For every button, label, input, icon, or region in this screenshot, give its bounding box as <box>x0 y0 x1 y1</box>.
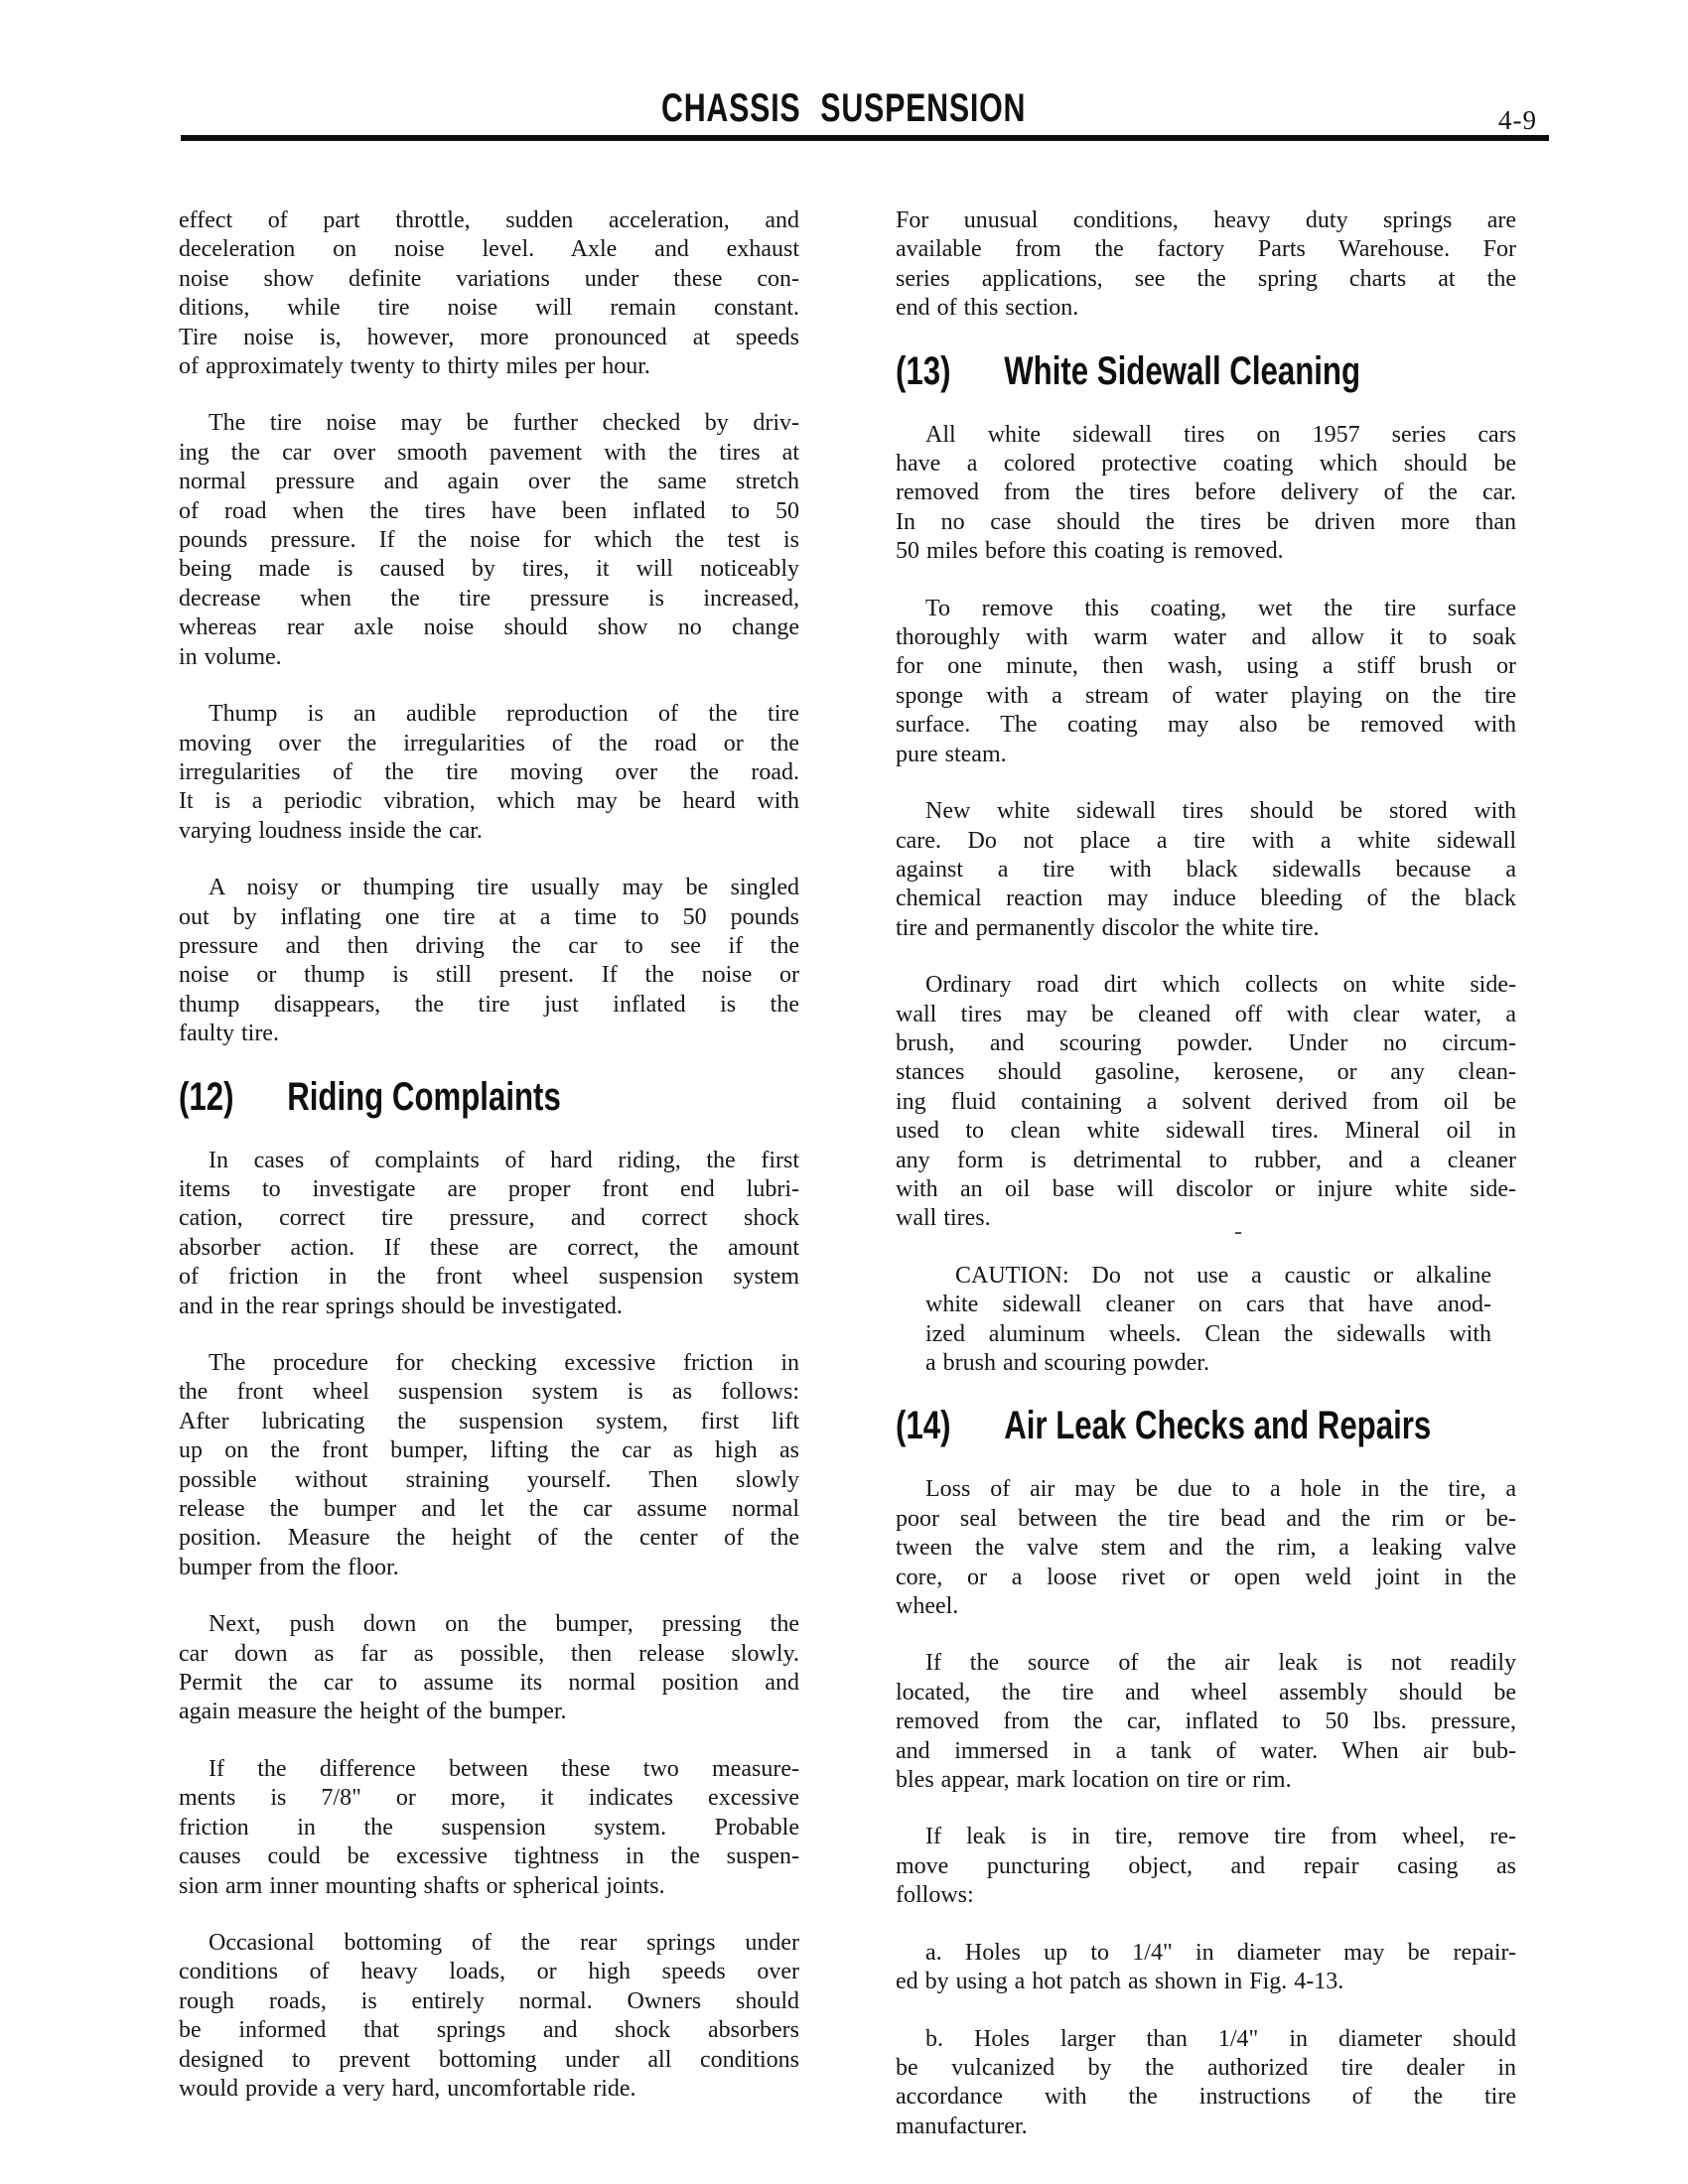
column-right: For unusual conditions, heavy duty sprin… <box>896 206 1516 2141</box>
text-line: ized aluminum wheels. Clean the sidewall… <box>925 1320 1491 1349</box>
text-line: a. Holes up to 1/4" in diameter may be r… <box>896 1939 1516 1968</box>
text-line: manufacturer. <box>896 2113 1516 2141</box>
section-heading: (14)Air Leak Checks and Repairs <box>896 1404 1516 1447</box>
paragraph: All white sidewall tires on 1957 series … <box>896 421 1516 567</box>
text-line: The tire noise may be further checked by… <box>179 409 799 438</box>
text-columns: effect of part throttle, sudden accelera… <box>179 206 1516 2141</box>
paragraph: Loss of air may be due to a hole in the … <box>896 1475 1516 1621</box>
text-line: chemical reaction may induce bleeding of… <box>896 885 1516 913</box>
text-line: After lubricating the suspension system,… <box>179 1408 799 1436</box>
text-line: effect of part throttle, sudden accelera… <box>179 206 799 235</box>
page-number: 4-9 <box>1498 105 1537 136</box>
text-line: noise or thump is still present. If the … <box>179 961 799 990</box>
text-line: If leak is in tire, remove tire from whe… <box>896 1823 1516 1851</box>
stray-dash-mark: - <box>1234 1227 1242 1237</box>
text-line: available from the factory Parts Warehou… <box>896 235 1516 264</box>
paragraph: For unusual conditions, heavy duty sprin… <box>896 206 1516 324</box>
section-number: (13) <box>896 349 1004 393</box>
text-line: in volume. <box>179 643 799 672</box>
text-line: thoroughly with warm water and allow it … <box>896 623 1516 652</box>
text-line: of road when the tires have been inflate… <box>179 497 799 526</box>
text-line: ments is 7/8" or more, it indicates exce… <box>179 1784 799 1813</box>
page-title: CHASSIS SUSPENSION <box>0 85 1688 131</box>
text-line: CAUTION: Do not use a caustic or alkalin… <box>925 1262 1491 1291</box>
text-line: wall tires may be cleaned off with clear… <box>896 1001 1516 1029</box>
text-line: pressure and then driving the car to see… <box>179 932 799 961</box>
text-line: be informed that springs and shock absor… <box>179 2016 799 2045</box>
text-line: accordance with the instructions of the … <box>896 2083 1516 2112</box>
text-line: pure steam. <box>896 741 1516 769</box>
text-line: car down as far as possible, then releas… <box>179 1640 799 1669</box>
text-line: friction in the suspension system. Proba… <box>179 1814 799 1843</box>
text-line: If the source of the air leak is not rea… <box>896 1649 1516 1678</box>
text-line: stances should gasoline, kerosene, or an… <box>896 1058 1516 1087</box>
text-line: ing fluid containing a solvent derived f… <box>896 1088 1516 1117</box>
text-line: ditions, while tire noise will remain co… <box>179 294 799 323</box>
text-line: Permit the car to assume its normal posi… <box>179 1669 799 1698</box>
text-line: rough roads, is entirely normal. Owners … <box>179 1987 799 2016</box>
text-line: items to investigate are proper front en… <box>179 1175 799 1204</box>
caution-paragraph: CAUTION: Do not use a caustic or alkalin… <box>925 1262 1491 1379</box>
text-line: and immersed in a tank of water. When ai… <box>896 1737 1516 1766</box>
text-line: with an oil base will discolor or injure… <box>896 1175 1516 1204</box>
text-line: If the difference between these two meas… <box>179 1755 799 1784</box>
text-line: sponge with a stream of water playing on… <box>896 682 1516 711</box>
section-heading: (12)Riding Complaints <box>179 1075 799 1119</box>
paragraph: If leak is in tire, remove tire from whe… <box>896 1823 1516 1910</box>
text-line: The procedure for checking excessive fri… <box>179 1349 799 1378</box>
text-line: a brush and scouring powder. <box>925 1349 1491 1378</box>
text-line: against a tire with black sidewalls beca… <box>896 856 1516 885</box>
text-line: absorber action. If these are correct, t… <box>179 1234 799 1263</box>
text-line: Thump is an audible reproduction of the … <box>179 700 799 729</box>
text-line: would provide a very hard, uncomfortable… <box>179 2075 799 2104</box>
section-number: (12) <box>179 1075 287 1119</box>
text-line: A noisy or thumping tire usually may be … <box>179 874 799 902</box>
paragraph: The tire noise may be further checked by… <box>179 409 799 672</box>
text-line: tween the valve stem and the rim, a leak… <box>896 1534 1516 1563</box>
section-title: White Sidewall Cleaning <box>1004 349 1360 393</box>
text-line: being made is caused by tires, it will n… <box>179 555 799 584</box>
column-left: effect of part throttle, sudden accelera… <box>179 206 799 2141</box>
text-line: brush, and scouring powder. Under no cir… <box>896 1029 1516 1058</box>
text-line: out by inflating one tire at a time to 5… <box>179 903 799 932</box>
text-line: be vulcanized by the authorized tire dea… <box>896 2054 1516 2083</box>
text-line: of friction in the front wheel suspensio… <box>179 1263 799 1292</box>
text-line: cation, correct tire pressure, and corre… <box>179 1204 799 1233</box>
text-line: To remove this coating, wet the tire sur… <box>896 595 1516 623</box>
paragraph: effect of part throttle, sudden accelera… <box>179 206 799 381</box>
paragraph: Occasional bottoming of the rear springs… <box>179 1929 799 2104</box>
text-line: surface. The coating may also be removed… <box>896 711 1516 740</box>
text-line: ing the car over smooth pavement with th… <box>179 439 799 468</box>
text-line: whereas rear axle noise should show no c… <box>179 614 799 642</box>
paragraph: If the source of the air leak is not rea… <box>896 1649 1516 1795</box>
section-title: Riding Complaints <box>287 1075 561 1119</box>
paragraph: A noisy or thumping tire usually may be … <box>179 874 799 1048</box>
paragraph: Ordinary road dirt which collects on whi… <box>896 971 1516 1234</box>
text-line: Ordinary road dirt which collects on whi… <box>896 971 1516 1000</box>
paragraph: If the difference between these two meas… <box>179 1755 799 1901</box>
text-line: thump disappears, the tire just inflated… <box>179 991 799 1020</box>
text-line: series applications, see the spring char… <box>896 265 1516 294</box>
text-line: tire and permanently discolor the white … <box>896 914 1516 943</box>
text-line: designed to prevent bottoming under all … <box>179 2046 799 2075</box>
text-line: wheel. <box>896 1592 1516 1621</box>
text-line: It is a periodic vibration, which may be… <box>179 787 799 816</box>
text-line: decrease when the tire pressure is incre… <box>179 585 799 614</box>
paragraph: Thump is an audible reproduction of the … <box>179 700 799 846</box>
text-line: move puncturing object, and repair casin… <box>896 1852 1516 1881</box>
text-line: have a colored protective coating which … <box>896 450 1516 478</box>
section-heading: (13)White Sidewall Cleaning <box>896 349 1516 393</box>
text-line: In cases of complaints of hard riding, t… <box>179 1147 799 1175</box>
paragraph: In cases of complaints of hard riding, t… <box>179 1147 799 1321</box>
text-line: follows: <box>896 1881 1516 1910</box>
paragraph: a. Holes up to 1/4" in diameter may be r… <box>896 1939 1516 1997</box>
text-line: position. Measure the height of the cent… <box>179 1524 799 1553</box>
text-line: removed from the tires before delivery o… <box>896 478 1516 507</box>
text-line: varying loudness inside the car. <box>179 817 799 846</box>
text-line: bles appear, mark location on tire or ri… <box>896 1766 1516 1795</box>
text-line: normal pressure and again over the same … <box>179 468 799 496</box>
text-line: care. Do not place a tire with a white s… <box>896 827 1516 856</box>
text-line: irregularities of the tire moving over t… <box>179 758 799 787</box>
text-line: For unusual conditions, heavy duty sprin… <box>896 206 1516 235</box>
text-line: core, or a loose rivet or open weld join… <box>896 1564 1516 1592</box>
text-line: located, the tire and wheel assembly sho… <box>896 1679 1516 1707</box>
paragraph: b. Holes larger than 1/4" in diameter sh… <box>896 2025 1516 2142</box>
section-number: (14) <box>896 1404 1004 1447</box>
manual-page: CHASSIS SUSPENSION 4-9 effect of part th… <box>0 0 1688 2184</box>
text-line: New white sidewall tires should be store… <box>896 797 1516 826</box>
text-line: conditions of heavy loads, or high speed… <box>179 1958 799 1986</box>
text-line: poor seal between the tire bead and the … <box>896 1505 1516 1534</box>
text-line: Occasional bottoming of the rear springs… <box>179 1929 799 1958</box>
text-line: 50 miles before this coating is removed. <box>896 537 1516 566</box>
text-line: ed by using a hot patch as shown in Fig.… <box>896 1968 1516 1996</box>
text-line: wall tires. <box>896 1204 1516 1233</box>
text-line: causes could be excessive tightness in t… <box>179 1843 799 1871</box>
text-line: Loss of air may be due to a hole in the … <box>896 1475 1516 1504</box>
text-line: end of this section. <box>896 294 1516 323</box>
header-rule <box>181 135 1549 141</box>
text-line: again measure the height of the bumper. <box>179 1698 799 1726</box>
text-line: In no case should the tires be driven mo… <box>896 508 1516 537</box>
paragraph: To remove this coating, wet the tire sur… <box>896 595 1516 769</box>
text-line: release the bumper and let the car assum… <box>179 1495 799 1524</box>
text-line: Next, push down on the bumper, pressing … <box>179 1610 799 1639</box>
paragraph: The procedure for checking excessive fri… <box>179 1349 799 1582</box>
text-line: of approximately twenty to thirty miles … <box>179 352 799 381</box>
text-line: pounds pressure. If the noise for which … <box>179 526 799 555</box>
text-line: removed from the car, inflated to 50 lbs… <box>896 1707 1516 1736</box>
paragraph: Next, push down on the bumper, pressing … <box>179 1610 799 1727</box>
text-line: faulty tire. <box>179 1020 799 1048</box>
text-line: moving over the irregularities of the ro… <box>179 730 799 758</box>
page-title-text: CHASSIS SUSPENSION <box>661 85 1026 131</box>
text-line: All white sidewall tires on 1957 series … <box>896 421 1516 450</box>
text-line: for one minute, then wash, using a stiff… <box>896 652 1516 681</box>
text-line: white sidewall cleaner on cars that have… <box>925 1291 1491 1319</box>
text-line: and in the rear springs should be invest… <box>179 1293 799 1321</box>
text-line: used to clean white sidewall tires. Mine… <box>896 1117 1516 1146</box>
text-line: b. Holes larger than 1/4" in diameter sh… <box>896 2025 1516 2054</box>
paragraph: New white sidewall tires should be store… <box>896 797 1516 943</box>
text-line: possible without straining yourself. The… <box>179 1466 799 1495</box>
text-line: any form is detrimental to rubber, and a… <box>896 1147 1516 1175</box>
text-line: noise show definite variations under the… <box>179 265 799 294</box>
text-line: up on the front bumper, lifting the car … <box>179 1436 799 1465</box>
text-line: deceleration on noise level. Axle and ex… <box>179 235 799 264</box>
text-line: bumper from the floor. <box>179 1554 799 1582</box>
text-line: sion arm inner mounting shafts or spheri… <box>179 1872 799 1901</box>
section-title: Air Leak Checks and Repairs <box>1004 1404 1431 1447</box>
text-line: Tire noise is, however, more pronounced … <box>179 324 799 352</box>
text-line: the front wheel suspension system is as … <box>179 1378 799 1407</box>
